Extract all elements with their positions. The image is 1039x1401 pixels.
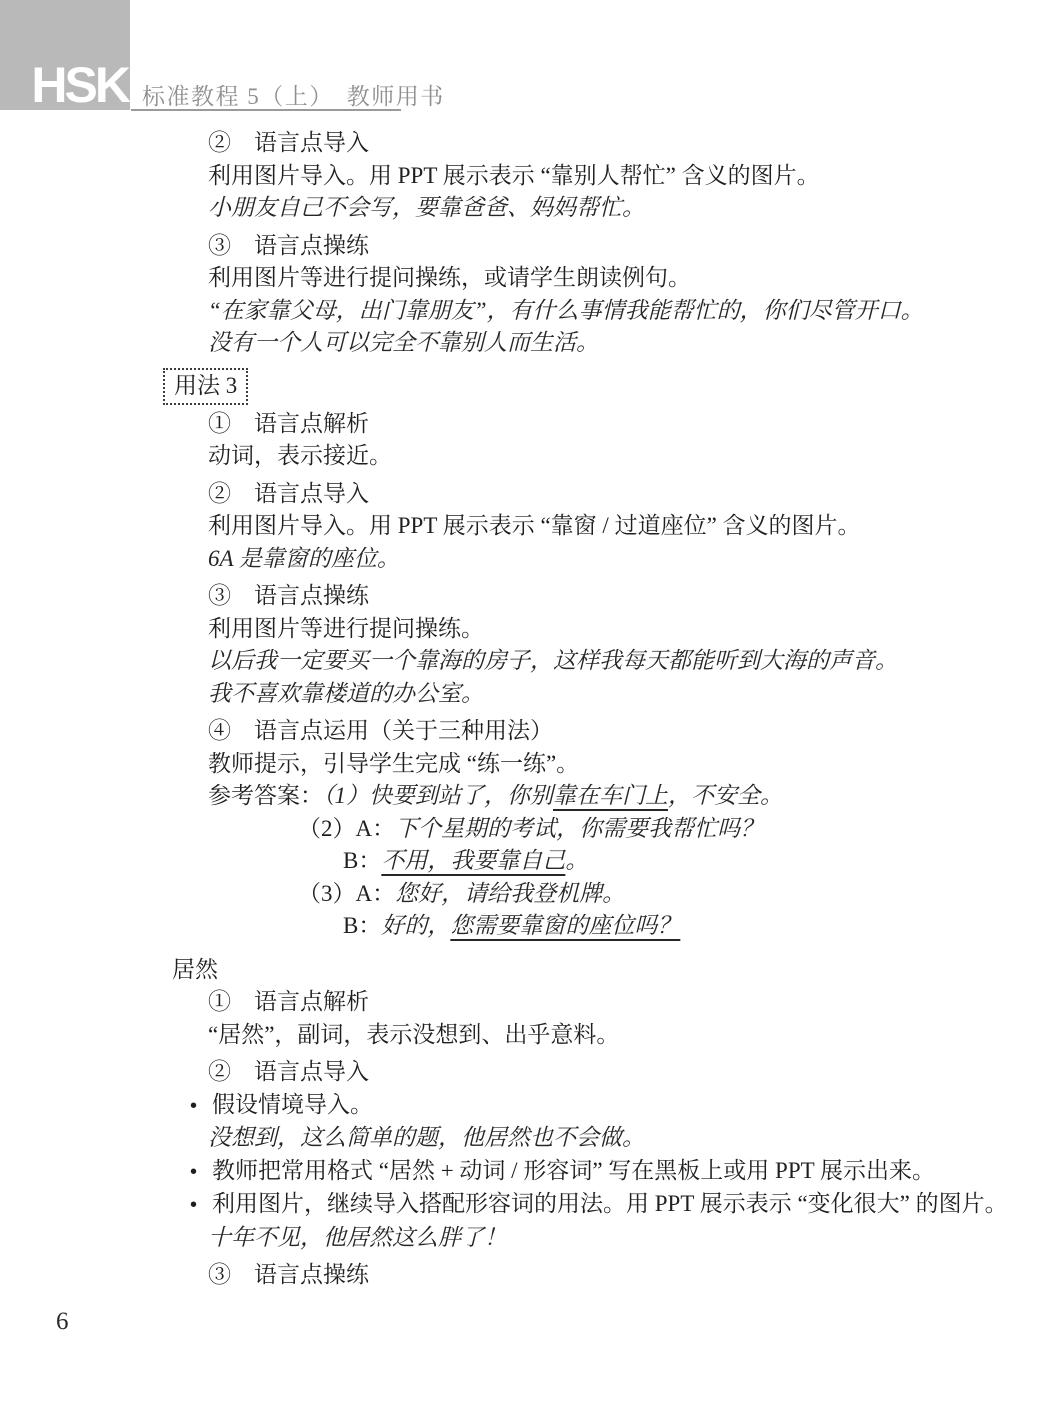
text-line: 十年不见，他居然这么胖了！: [0, 1222, 1039, 1255]
text-segment: 下个星期的考试，你需要我帮忙吗？: [395, 816, 763, 841]
text-segment: 没有一个人可以完全不靠别人而生活。: [208, 330, 599, 355]
page-content: ② 语言点导入利用图片导入。用 PPT 展示表示 “靠别人帮忙” 含义的图片。小…: [0, 127, 1039, 1292]
text-segment: 利用图片等进行提问操练。: [208, 616, 484, 641]
text-line: 利用图片等进行提问操练。: [0, 613, 1039, 646]
text-segment: 您需要靠窗的座位吗？: [450, 913, 680, 938]
text-segment: 我不喜欢靠楼道的办公室。: [208, 681, 484, 706]
text-line: 没想到，这么简单的题，他居然也不会做。: [0, 1122, 1039, 1155]
book-page: HSK 标准教程 5（上） 教师用书 ② 语言点导入利用图片导入。用 PPT 展…: [0, 0, 1039, 1401]
text-segment: （1）快要到站了，你别: [323, 783, 553, 808]
text-line: ② 语言点导入: [0, 478, 1039, 511]
bullet-icon: •: [190, 1090, 212, 1123]
hsk-logo: HSK: [31, 60, 128, 110]
hsk-logo-block: HSK: [0, 0, 130, 110]
dialog-line: （3）A：您好，请给我登机牌。: [0, 878, 1039, 911]
text-line: 利用图片导入。用 PPT 展示表示 “靠窗 / 过道座位” 含义的图片。: [0, 510, 1039, 543]
text-line: ③ 语言点操练: [0, 230, 1039, 263]
dialog-line: B：好的，您需要靠窗的座位吗？: [0, 910, 1039, 943]
text-line: 利用图片导入。用 PPT 展示表示 “靠别人帮忙” 含义的图片。: [0, 160, 1039, 193]
section-title-juran: 居然: [0, 954, 1039, 987]
text-segment: ① 语言点解析: [208, 411, 369, 436]
text-segment: 您好，请给我登机牌。: [395, 881, 625, 906]
text-line: 6A 是靠窗的座位。: [0, 543, 1039, 576]
text-segment: “居然”，副词，表示没想到、出乎意料。: [208, 1022, 619, 1047]
bullet-icon: •: [190, 1156, 212, 1189]
text-segment: 十年不见，他居然这么胖了！: [208, 1225, 507, 1250]
text-segment: 动词，表示接近。: [208, 443, 392, 468]
text-line: 没有一个人可以完全不靠别人而生活。: [0, 327, 1039, 360]
text-segment: 利用图片，继续导入搭配形容词的用法。用 PPT 展示表示 “变化很大” 的图片。: [212, 1191, 1008, 1216]
text-line: ① 语言点解析: [0, 986, 1039, 1019]
text-segment: ，不安全。: [668, 783, 783, 808]
text-segment: 以后我一定要买一个靠海的房子，这样我每天都能听到大海的声音。: [208, 648, 898, 673]
usage-box-label: 用法 3: [163, 368, 248, 405]
text-segment: ④ 语言点运用（关于三种用法）: [208, 718, 553, 743]
text-segment: 6A 是靠窗的座位。: [208, 546, 400, 571]
text-segment: B：: [343, 848, 381, 873]
text-segment: 靠在车门上: [553, 783, 668, 808]
text-segment: ② 语言点导入: [208, 130, 369, 155]
text-segment: 好的，: [381, 913, 450, 938]
text-segment: B：: [343, 913, 381, 938]
text-line: 我不喜欢靠楼道的办公室。: [0, 678, 1039, 711]
text-line: ② 语言点导入: [0, 127, 1039, 160]
page-number: 6: [56, 1308, 69, 1336]
dialog-line: B：不用，我要靠自己。: [0, 845, 1039, 878]
text-segment: 小朋友自己不会写，要靠爸爸、妈妈帮忙。: [208, 195, 645, 220]
header-title: 标准教程 5（上） 教师用书: [142, 78, 445, 111]
text-segment: 教师提示，引导学生完成 “练一练”。: [208, 751, 579, 776]
text-line: “居然”，副词，表示没想到、出乎意料。: [0, 1019, 1039, 1052]
text-segment: 利用图片等进行提问操练，或请学生朗读例句。: [208, 265, 691, 290]
text-line: •教师把常用格式 “居然 + 动词 / 形容词” 写在黑板上或用 PPT 展示出…: [0, 1155, 1039, 1189]
text-segment: 利用图片导入。用 PPT 展示表示 “靠别人帮忙” 含义的图片。: [208, 163, 820, 188]
header-rule: [131, 109, 401, 111]
dialog-line: （2）A：下个星期的考试，你需要我帮忙吗？: [0, 813, 1039, 846]
bullet-icon: •: [190, 1189, 212, 1222]
text-line: ③ 语言点操练: [0, 580, 1039, 613]
text-line: 利用图片等进行提问操练，或请学生朗读例句。: [0, 262, 1039, 295]
text-segment: （3）A：: [298, 881, 395, 906]
text-line: •利用图片，继续导入搭配形容词的用法。用 PPT 展示表示 “变化很大” 的图片…: [0, 1188, 1039, 1222]
text-line: ④ 语言点运用（关于三种用法）: [0, 715, 1039, 748]
text-segment: 居然: [172, 957, 218, 982]
text-segment: 假设情境导入。: [212, 1092, 373, 1117]
text-segment: 没想到，这么简单的题，他居然也不会做。: [208, 1125, 645, 1150]
text-line: ① 语言点解析: [0, 408, 1039, 441]
usage-3-label: 用法 3: [0, 368, 1039, 405]
text-segment: 利用图片导入。用 PPT 展示表示 “靠窗 / 过道座位” 含义的图片。: [208, 513, 861, 538]
text-line: “在家靠父母，出门靠朋友”，有什么事情我能帮忙的，你们尽管开口。: [0, 295, 1039, 328]
text-segment: 不用，我要靠自己: [381, 848, 565, 873]
text-segment: ② 语言点导入: [208, 481, 369, 506]
text-segment: ② 语言点导入: [208, 1059, 369, 1084]
text-line: ③ 语言点操练: [0, 1259, 1039, 1292]
text-segment: 参考答案：: [208, 783, 323, 808]
text-line: •假设情境导入。: [0, 1089, 1039, 1123]
text-line: 小朋友自己不会写，要靠爸爸、妈妈帮忙。: [0, 192, 1039, 225]
text-line: 以后我一定要买一个靠海的房子，这样我每天都能听到大海的声音。: [0, 645, 1039, 678]
text-line: ② 语言点导入: [0, 1056, 1039, 1089]
text-segment: ③ 语言点操练: [208, 1262, 369, 1287]
answer-line: 参考答案：（1）快要到站了，你别靠在车门上，不安全。: [0, 780, 1039, 813]
text-line: 动词，表示接近。: [0, 440, 1039, 473]
text-segment: ③ 语言点操练: [208, 233, 369, 258]
text-segment: “在家靠父母，出门靠朋友”，有什么事情我能帮忙的，你们尽管开口。: [208, 298, 924, 323]
text-segment: ③ 语言点操练: [208, 583, 369, 608]
text-segment: （2）A：: [298, 816, 395, 841]
text-segment: ① 语言点解析: [208, 989, 369, 1014]
text-line: 教师提示，引导学生完成 “练一练”。: [0, 748, 1039, 781]
text-segment: 教师把常用格式 “居然 + 动词 / 形容词” 写在黑板上或用 PPT 展示出来…: [212, 1158, 935, 1183]
text-segment: 。: [565, 848, 588, 873]
